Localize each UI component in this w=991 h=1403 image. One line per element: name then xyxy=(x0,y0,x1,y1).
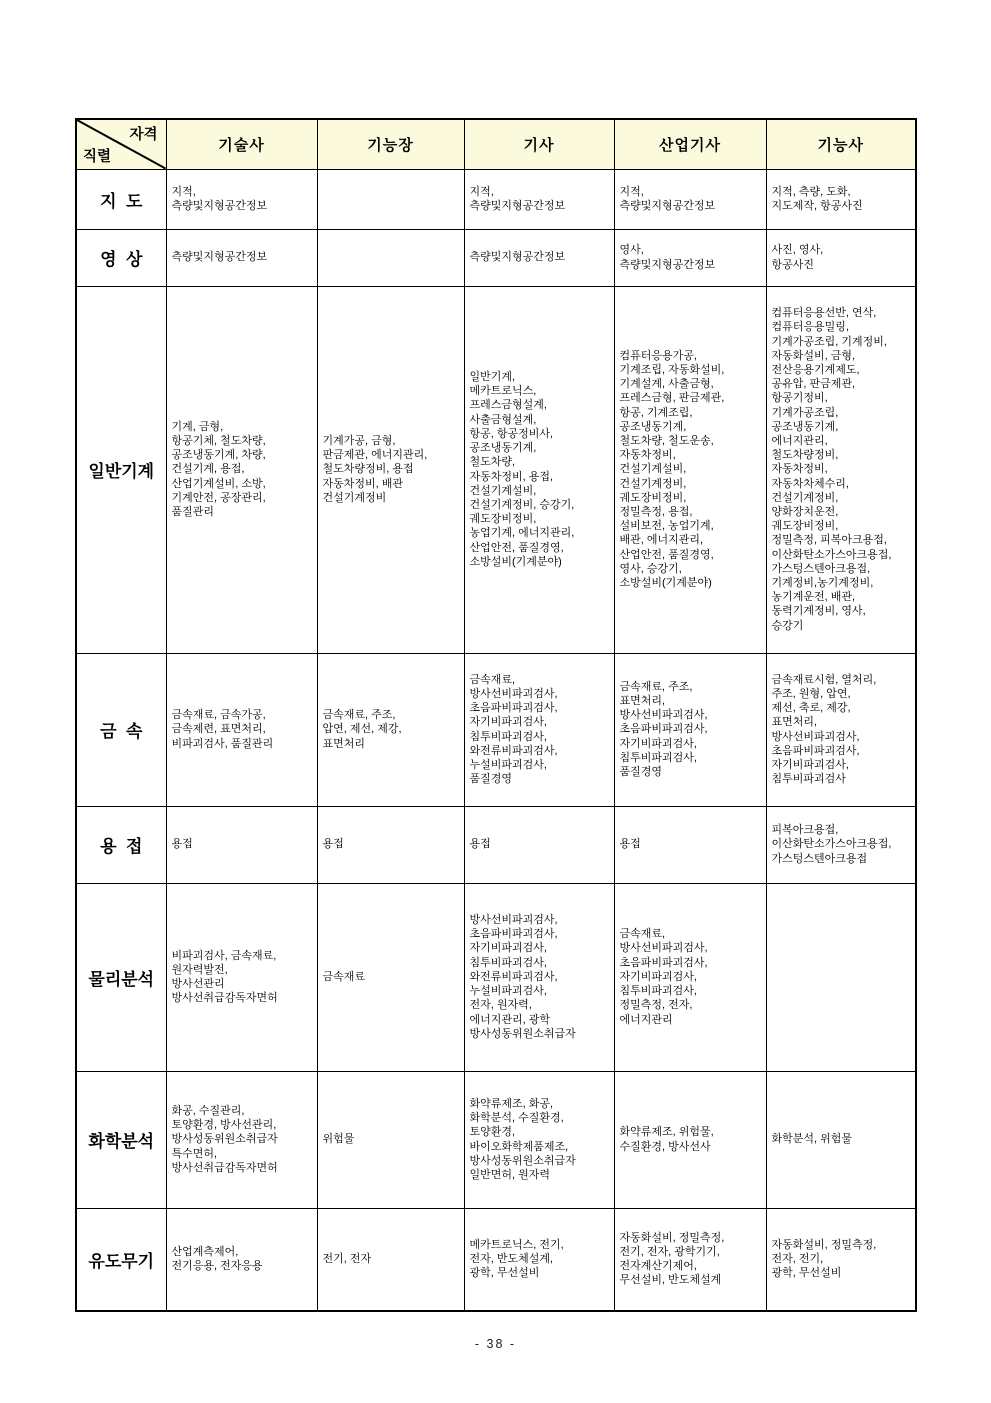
cell: 금속재료, 방사선비파괴검사, 초음파비파괴검사, 자기비파괴검사, 침투비파괴… xyxy=(464,653,614,806)
cell: 측량및지형공간정보 xyxy=(166,229,317,286)
document-page: 자격 직렬 기술사 기능장 기사 산업기사 기능사 지 도 지적, 측량및지형공… xyxy=(0,0,991,1403)
cell: 화약류제조, 화공, 화학분석, 수질환경, 토양환경, 바이오화학제품제조, … xyxy=(464,1071,614,1208)
column-header-industrial-gisa: 산업기사 xyxy=(614,119,766,169)
row-label: 용 접 xyxy=(76,806,166,883)
table-row-general-machinery: 일반기계 기계, 금형, 항공기체, 철도차량, 공조냉동기계, 차량, 건설기… xyxy=(76,286,916,653)
corner-label-series: 직렬 xyxy=(83,145,111,166)
header-row: 자격 직렬 기술사 기능장 기사 산업기사 기능사 xyxy=(76,119,916,169)
cell: 용접 xyxy=(614,806,766,883)
row-label: 물리분석 xyxy=(76,883,166,1071)
row-label: 지 도 xyxy=(76,169,166,229)
column-header-master-craftsman: 기능장 xyxy=(317,119,464,169)
cell: 전기, 전자 xyxy=(317,1208,464,1311)
cell: 화공, 수질관리, 토양환경, 방사선관리, 방사성동위원소취급자 특수면허, … xyxy=(166,1071,317,1208)
table-row-physical-analysis: 물리분석 비파괴검사, 금속재료, 원자력발전, 방사선관리 방사선취급감독자면… xyxy=(76,883,916,1071)
cell: 화약류제조, 위험물, 수질환경, 방사선사 xyxy=(614,1071,766,1208)
cell: 금속재료, 주조, 표면처리, 방사선비파괴검사, 초음파비파괴검사, 자기비파… xyxy=(614,653,766,806)
row-label: 일반기계 xyxy=(76,286,166,653)
cell: 일반기계, 메카트로닉스, 프레스금형설계, 사출금형설계, 항공, 항공정비사… xyxy=(464,286,614,653)
cell: 피복아크용접, 이산화탄소가스아크용접, 가스텅스텐아크용접 xyxy=(766,806,916,883)
cell: 산업계측제어, 전기응용, 전자응용 xyxy=(166,1208,317,1311)
cell: 비파괴검사, 금속재료, 원자력발전, 방사선관리 방사선취급감독자면허 xyxy=(166,883,317,1071)
cell: 금속재료, 방사선비파괴검사, 초음파비파괴검사, 자기비파괴검사, 침투비파괴… xyxy=(614,883,766,1071)
cell: 자동화설비, 정밀측정, 전기, 전자, 광학기기, 전자계산기제어, 무선설비… xyxy=(614,1208,766,1311)
cell: 화학분석, 위험물 xyxy=(766,1071,916,1208)
cell: 자동화설비, 정밀측정, 전자, 전기, 광학, 무선설비 xyxy=(766,1208,916,1311)
qualification-table: 자격 직렬 기술사 기능장 기사 산업기사 기능사 지 도 지적, 측량및지형공… xyxy=(75,118,917,1312)
cell: 메카트로닉스, 전기, 전자, 반도체설계, 광학, 무선설비 xyxy=(464,1208,614,1311)
corner-cell: 자격 직렬 xyxy=(76,119,166,169)
cell: 지적, 측량및지형공간정보 xyxy=(166,169,317,229)
table-row-guided-weapons: 유도무기 산업계측제어, 전기응용, 전자응용 전기, 전자 메카트로닉스, 전… xyxy=(76,1208,916,1311)
table-row-imagery: 영 상 측량및지형공간정보 측량및지형공간정보 영사, 측량및지형공간정보 사진… xyxy=(76,229,916,286)
column-header-craftsman: 기능사 xyxy=(766,119,916,169)
cell: 방사선비파괴검사, 초음파비파괴검사, 자기비파괴검사, 침투비파괴검사, 와전… xyxy=(464,883,614,1071)
table-row-map: 지 도 지적, 측량및지형공간정보 지적, 측량및지형공간정보 지적, 측량및지… xyxy=(76,169,916,229)
cell: 지적, 측량및지형공간정보 xyxy=(464,169,614,229)
cell: 용접 xyxy=(317,806,464,883)
corner-label-qualification: 자격 xyxy=(129,123,157,144)
cell: 측량및지형공간정보 xyxy=(464,229,614,286)
row-label: 유도무기 xyxy=(76,1208,166,1311)
cell: 사진, 영사, 항공사진 xyxy=(766,229,916,286)
table-row-chemical-analysis: 화학분석 화공, 수질관리, 토양환경, 방사선관리, 방사성동위원소취급자 특… xyxy=(76,1071,916,1208)
row-label: 화학분석 xyxy=(76,1071,166,1208)
cell: 용접 xyxy=(166,806,317,883)
cell: 용접 xyxy=(464,806,614,883)
cell: 기계가공, 금형, 판금제관, 에너지관리, 철도차량정비, 용접 자동차정비,… xyxy=(317,286,464,653)
cell: 위험물 xyxy=(317,1071,464,1208)
cell: 지적, 측량및지형공간정보 xyxy=(614,169,766,229)
cell xyxy=(766,883,916,1071)
cell xyxy=(317,169,464,229)
cell: 금속재료시험, 열처리, 주조, 원형, 압연, 제선, 축로, 제강, 표면처… xyxy=(766,653,916,806)
cell xyxy=(317,229,464,286)
row-label: 금 속 xyxy=(76,653,166,806)
table-row-welding: 용 접 용접 용접 용접 용접 피복아크용접, 이산화탄소가스아크용접, 가스텅… xyxy=(76,806,916,883)
cell: 컴퓨터응용가공, 기계조립, 자동화설비, 기계설계, 사출금형, 프레스금형,… xyxy=(614,286,766,653)
row-label: 영 상 xyxy=(76,229,166,286)
cell: 컴퓨터응용선반, 연삭, 컴퓨터응용밀링, 기계가공조립, 기계정비, 자동화설… xyxy=(766,286,916,653)
cell: 금속재료, 주조, 압연, 제선, 제강, 표면처리 xyxy=(317,653,464,806)
table-row-metal: 금 속 금속재료, 금속가공, 금속제련, 표면처리, 비파괴검사, 품질관리 … xyxy=(76,653,916,806)
page-number: - 38 - xyxy=(0,1337,991,1351)
cell: 영사, 측량및지형공간정보 xyxy=(614,229,766,286)
column-header-engineer: 기술사 xyxy=(166,119,317,169)
cell: 지적, 측량, 도화, 지도제작, 항공사진 xyxy=(766,169,916,229)
cell: 기계, 금형, 항공기체, 철도차량, 공조냉동기계, 차량, 건설기계, 용접… xyxy=(166,286,317,653)
column-header-gisa: 기사 xyxy=(464,119,614,169)
cell: 금속재료, 금속가공, 금속제련, 표면처리, 비파괴검사, 품질관리 xyxy=(166,653,317,806)
cell: 금속재료 xyxy=(317,883,464,1071)
